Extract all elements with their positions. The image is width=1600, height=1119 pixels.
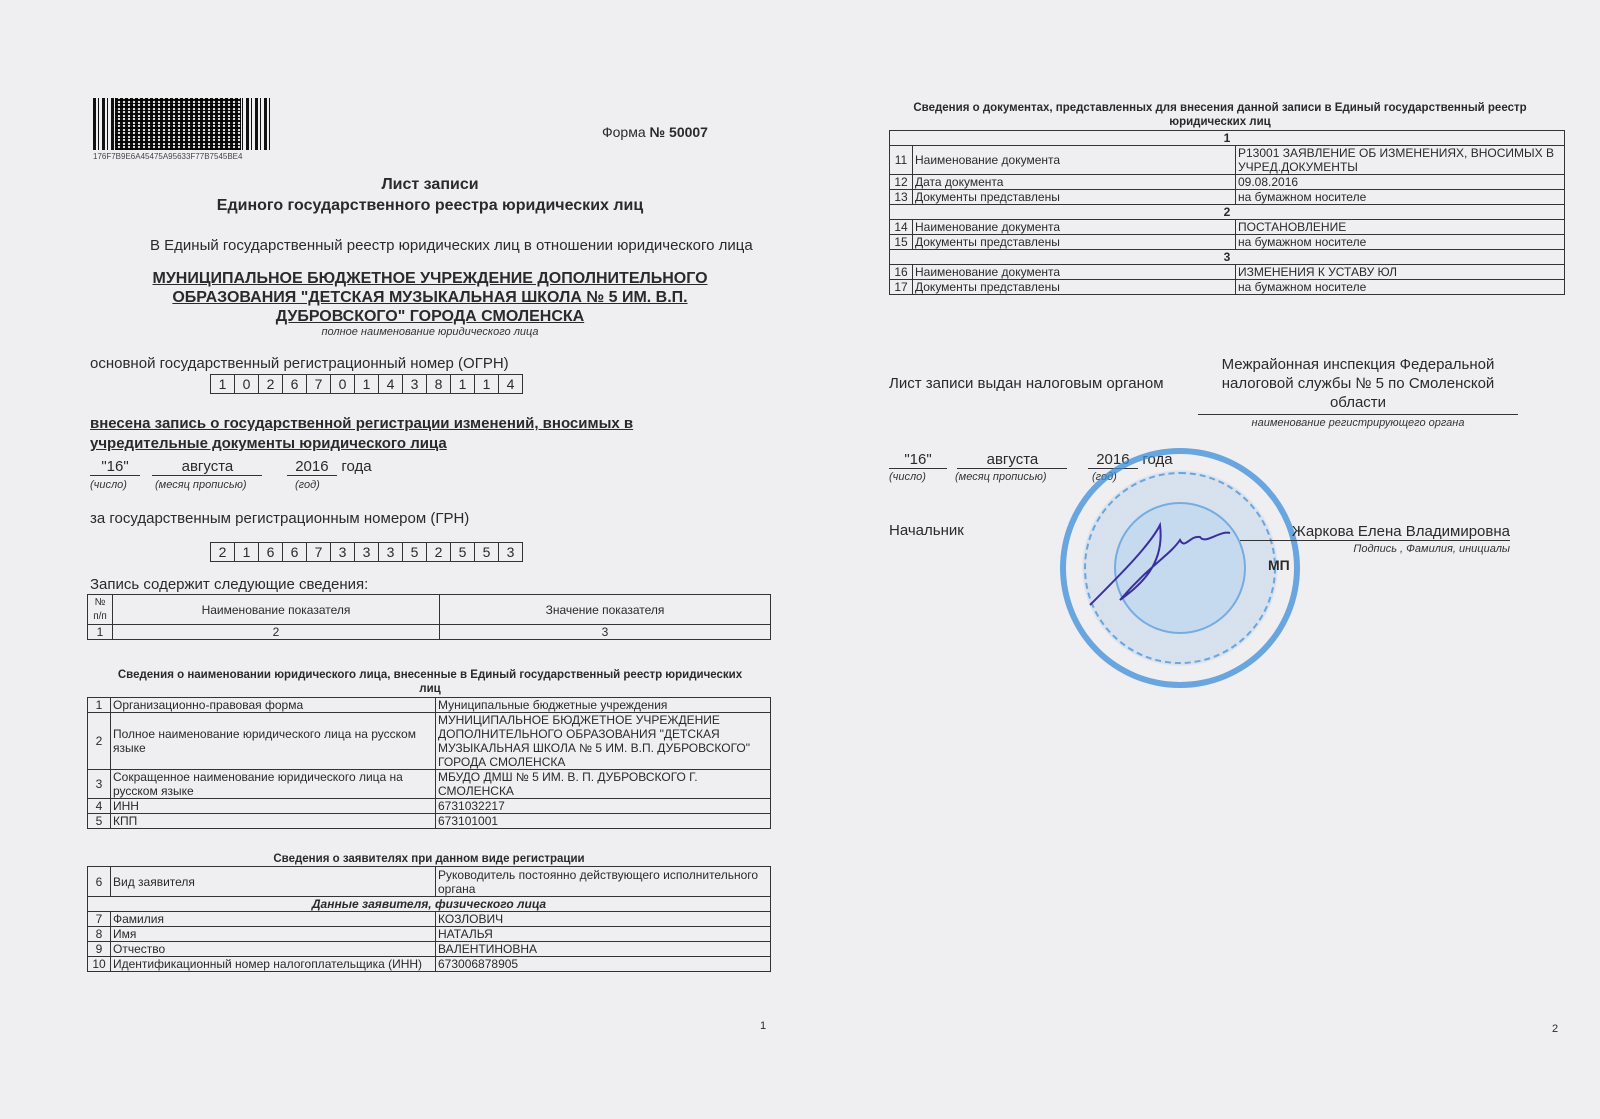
- digit-cell: 1: [451, 375, 475, 393]
- row-value: Муниципальные бюджетные учреждения: [436, 698, 771, 713]
- table-row: 10Идентификационный номер налогоплательщ…: [88, 957, 771, 972]
- row-value: Р13001 ЗАЯВЛЕНИЕ ОБ ИЗМЕНЕНИЯХ, ВНОСИМЫХ…: [1236, 146, 1565, 175]
- row-number: 6: [88, 867, 111, 897]
- ogrn-digits: 1026701438114: [210, 374, 523, 394]
- date-day: "16": [90, 458, 140, 476]
- row-value: на бумажном носителе: [1236, 280, 1565, 295]
- entry-date: "16" августа 2016 года: [90, 458, 372, 476]
- table-row: 7ФамилияКОЗЛОВИЧ: [88, 912, 771, 927]
- row-value: на бумажном носителе: [1236, 235, 1565, 250]
- digit-cell: 6: [283, 375, 307, 393]
- table-row: 1Организационно-правовая формаМуниципаль…: [88, 698, 771, 713]
- col-number-header: № п/п: [88, 595, 113, 625]
- digit-cell: 5: [403, 543, 427, 561]
- digit-cell: 4: [379, 375, 403, 393]
- row-name: Документы представлены: [913, 190, 1236, 205]
- section-name-title: Сведения о наименовании юридического лиц…: [110, 668, 750, 696]
- applicant-subheader: Данные заявителя, физического лица: [88, 897, 771, 912]
- barcode-code: 176F7B9E6A45475A95633F77B7545BE4: [93, 152, 242, 161]
- entry-description: внесена запись о государственной регистр…: [90, 414, 730, 454]
- date-month: августа: [152, 458, 262, 476]
- form-number-value: № 50007: [650, 124, 708, 140]
- digit-cell: 8: [427, 375, 451, 393]
- table-row: 2Полное наименование юридического лица н…: [88, 713, 771, 770]
- org-name-line-1: МУНИЦИПАЛЬНОЕ БЮДЖЕТНОЕ УЧРЕЖДЕНИЕ ДОПОЛ…: [90, 269, 770, 288]
- row-name: Дата документа: [913, 175, 1236, 190]
- digit-cell: 2: [211, 543, 235, 561]
- document-title: Лист записи: [90, 176, 770, 194]
- table-row: 12Дата документа09.08.2016: [890, 175, 1565, 190]
- digit-cell: 6: [283, 543, 307, 561]
- intro-text: В Единый государственный реестр юридичес…: [90, 236, 790, 256]
- org-name-caption: полное наименование юридического лица: [90, 326, 770, 338]
- date-month: августа: [957, 451, 1067, 469]
- grn-digits: 2166733352553: [210, 542, 523, 562]
- org-name-line-2: ОБРАЗОВАНИЯ "ДЕТСКАЯ МУЗЫКАЛЬНАЯ ШКОЛА №…: [90, 288, 770, 307]
- document-subtitle: Единого государственного реестра юридиче…: [90, 197, 770, 215]
- row-name: КПП: [111, 814, 436, 829]
- row-number: 8: [88, 927, 111, 942]
- row-name: Фамилия: [111, 912, 436, 927]
- document-group-label: 3: [890, 250, 1565, 265]
- row-number: 3: [88, 770, 111, 799]
- digit-cell: 6: [259, 543, 283, 561]
- date-year-caption: (год): [295, 479, 320, 491]
- row-number: 16: [890, 265, 913, 280]
- row-name: Наименование документа: [913, 220, 1236, 235]
- row-number: 1: [88, 698, 111, 713]
- table-row: 15Документы представленына бумажном носи…: [890, 235, 1565, 250]
- page-number-1: 1: [760, 1020, 766, 1032]
- col-value-header: Значение показателя: [440, 595, 771, 625]
- row-number: 11: [890, 146, 913, 175]
- col-name-header: Наименование показателя: [113, 595, 440, 625]
- digit-cell: 3: [499, 543, 522, 561]
- row-name: ИНН: [111, 799, 436, 814]
- digit-cell: 5: [475, 543, 499, 561]
- col-value-index: 3: [440, 625, 771, 640]
- table-row: 16Наименование документаИЗМЕНЕНИЯ К УСТА…: [890, 265, 1565, 280]
- row-number: 14: [890, 220, 913, 235]
- ogrn-label: основной государственный регистрационный…: [90, 355, 509, 372]
- row-name: Отчество: [111, 942, 436, 957]
- date-year: 2016: [287, 458, 337, 476]
- row-value: МБУДО ДМШ № 5 ИМ. В. П. ДУБРОВСКОГО Г. С…: [436, 770, 771, 799]
- row-name: Вид заявителя: [111, 867, 436, 897]
- digit-cell: 0: [331, 375, 355, 393]
- digit-cell: 3: [403, 375, 427, 393]
- digit-cell: 7: [307, 375, 331, 393]
- date-day-caption: (число): [889, 471, 926, 483]
- issued-label: Лист записи выдан налоговым органом: [889, 375, 1164, 392]
- col-number-index: 1: [88, 625, 113, 640]
- row-name: Наименование документа: [913, 265, 1236, 280]
- row-number: 10: [88, 957, 111, 972]
- digit-cell: 3: [331, 543, 355, 561]
- row-value: МУНИЦИПАЛЬНОЕ БЮДЖЕТНОЕ УЧРЕЖДЕНИЕ ДОПОЛ…: [436, 713, 771, 770]
- digit-cell: 3: [379, 543, 403, 561]
- table-row: 8ИмяНАТАЛЬЯ: [88, 927, 771, 942]
- row-value: НАТАЛЬЯ: [436, 927, 771, 942]
- row-value: 09.08.2016: [1236, 175, 1565, 190]
- table-row: 13Документы представленына бумажном носи…: [890, 190, 1565, 205]
- signature: [1080, 505, 1240, 615]
- page-number-2: 2: [1552, 1023, 1558, 1035]
- signer-caption: Подпись , Фамилия, инициалы: [1300, 543, 1510, 555]
- table-row: 6 Вид заявителя Руководитель постоянно д…: [88, 867, 771, 897]
- col-name-index: 2: [113, 625, 440, 640]
- digit-cell: 3: [355, 543, 379, 561]
- digit-cell: 1: [355, 375, 379, 393]
- documents-section-title: Сведения о документах, представленных дл…: [885, 101, 1555, 129]
- row-number: 5: [88, 814, 111, 829]
- digit-cell: 1: [475, 375, 499, 393]
- date-month-caption: (месяц прописью): [955, 471, 1047, 483]
- documents-table: 111Наименование документаР13001 ЗАЯВЛЕНИ…: [889, 130, 1565, 295]
- row-number: 9: [88, 942, 111, 957]
- digit-cell: 7: [307, 543, 331, 561]
- contains-label: Запись содержит следующие сведения:: [90, 576, 368, 593]
- row-value: 673006878905: [436, 957, 771, 972]
- digit-cell: 2: [427, 543, 451, 561]
- digit-cell: 0: [235, 375, 259, 393]
- row-name: Организационно-правовая форма: [111, 698, 436, 713]
- row-value: 673101001: [436, 814, 771, 829]
- document-group-label: 1: [890, 131, 1565, 146]
- mp-label: МП: [1268, 557, 1290, 573]
- date-day-caption: (число): [90, 479, 127, 491]
- document-group-label: 2: [890, 205, 1565, 220]
- row-name: Идентификационный номер налогоплательщик…: [111, 957, 436, 972]
- form-label: Форма: [602, 124, 650, 140]
- row-number: 17: [890, 280, 913, 295]
- row-number: 15: [890, 235, 913, 250]
- digit-cell: 2: [259, 375, 283, 393]
- row-value: Руководитель постоянно действующего испо…: [436, 867, 771, 897]
- row-number: 2: [88, 713, 111, 770]
- row-name: Документы представлены: [913, 235, 1236, 250]
- table-row: 17Документы представленына бумажном носи…: [890, 280, 1565, 295]
- digit-cell: 4: [499, 375, 522, 393]
- table-row: 14Наименование документаПОСТАНОВЛЕНИЕ: [890, 220, 1565, 235]
- grn-label: за государственным регистрационным номер…: [90, 510, 469, 527]
- issuer-caption: наименование регистрирующего органа: [1198, 417, 1518, 429]
- row-value: ПОСТАНОВЛЕНИЕ: [1236, 220, 1565, 235]
- date-day: "16": [889, 451, 947, 469]
- row-name: Имя: [111, 927, 436, 942]
- barcode: [93, 98, 273, 150]
- signer-position: Начальник: [889, 522, 964, 539]
- row-number: 13: [890, 190, 913, 205]
- table-row: 11Наименование документаР13001 ЗАЯВЛЕНИЕ…: [890, 146, 1565, 175]
- issuer-name: Межрайонная инспекция Федеральной налого…: [1198, 355, 1518, 415]
- row-number: 4: [88, 799, 111, 814]
- row-number: 7: [88, 912, 111, 927]
- table-row: 5КПП673101001: [88, 814, 771, 829]
- applicant-table: 6 Вид заявителя Руководитель постоянно д…: [87, 866, 771, 972]
- signer-name: Жаркова Елена Владимировна: [1240, 523, 1510, 541]
- table-row: 4ИНН6731032217: [88, 799, 771, 814]
- name-info-table: 1Организационно-правовая формаМуниципаль…: [87, 697, 771, 829]
- form-number: Форма № 50007: [602, 124, 708, 140]
- section-applicant-title: Сведения о заявителях при данном виде ре…: [87, 852, 771, 866]
- org-name-line-3: ДУБРОВСКОГО" ГОРОДА СМОЛЕНСКА: [90, 307, 770, 326]
- table-row: 3Сокращенное наименование юридического л…: [88, 770, 771, 799]
- row-name: Наименование документа: [913, 146, 1236, 175]
- table-row: 9ОтчествоВАЛЕНТИНОВНА: [88, 942, 771, 957]
- date-month-caption: (месяц прописью): [155, 479, 247, 491]
- digit-cell: 1: [235, 543, 259, 561]
- digit-cell: 1: [211, 375, 235, 393]
- row-name: Документы представлены: [913, 280, 1236, 295]
- row-name: Полное наименование юридического лица на…: [111, 713, 436, 770]
- applicant-rows: 7ФамилияКОЗЛОВИЧ8ИмяНАТАЛЬЯ9ОтчествоВАЛЕ…: [88, 912, 771, 972]
- date-year-suffix: года: [341, 458, 371, 475]
- digit-cell: 5: [451, 543, 475, 561]
- row-value: ВАЛЕНТИНОВНА: [436, 942, 771, 957]
- row-value: ИЗМЕНЕНИЯ К УСТАВУ ЮЛ: [1236, 265, 1565, 280]
- row-value: КОЗЛОВИЧ: [436, 912, 771, 927]
- row-value: 6731032217: [436, 799, 771, 814]
- row-name: Сокращенное наименование юридического ли…: [111, 770, 436, 799]
- row-value: на бумажном носителе: [1236, 190, 1565, 205]
- row-number: 12: [890, 175, 913, 190]
- header-table: № п/п Наименование показателя Значение п…: [87, 594, 771, 640]
